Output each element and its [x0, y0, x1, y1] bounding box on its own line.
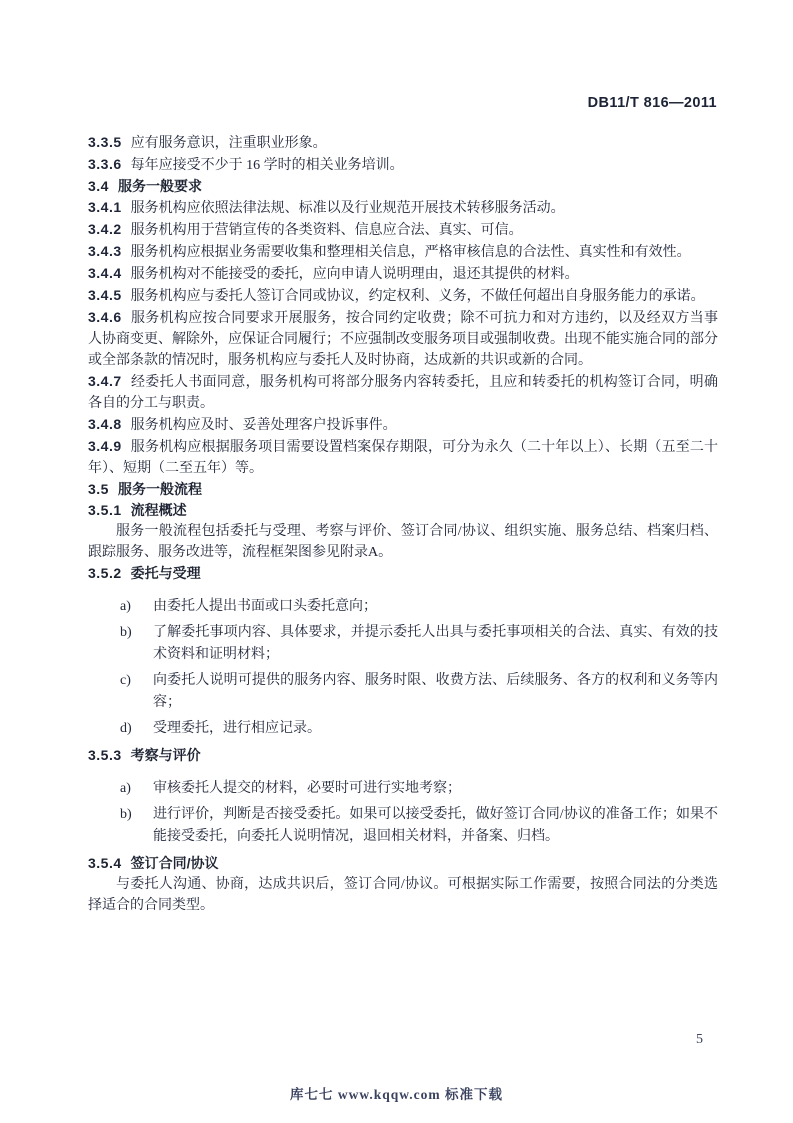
list-item-label: b): [120, 622, 153, 666]
clause-text: 应有服务意识，注重职业形象。: [131, 136, 327, 151]
list-item-c: c)向委托人说明可提供的服务内容、服务时限、收费方法、后续服务、各方的权利和义务…: [120, 670, 718, 714]
list-item-a: a)审核委托人提交的材料，必要时可进行实地考察；: [120, 778, 718, 800]
heading-text: 服务一般要求: [118, 178, 202, 194]
list-item-label: a): [120, 778, 153, 800]
clause-number: 3.3.5: [88, 134, 122, 150]
clause-3.4.3: 3.4.3服务机构应根据业务需要收集和整理相关信息，严格审核信息的合法性、真实性…: [88, 241, 718, 263]
clause-number: 3.5: [88, 481, 109, 497]
heading-3.4: 3.4服务一般要求: [88, 176, 718, 197]
clause-number: 3.4.4: [88, 265, 122, 281]
heading-text: 流程概述: [131, 502, 187, 518]
clause-text: 服务机构应根据业务需要收集和整理相关信息，严格审核信息的合法性、真实性和有效性。: [131, 245, 691, 260]
clause-3.4.1: 3.4.1服务机构应依照法律法规、标准以及行业规范开展技术转移服务活动。: [88, 197, 718, 219]
heading-3.5.1: 3.5.1流程概述: [88, 500, 718, 521]
heading-text: 服务一般流程: [118, 481, 202, 497]
list-item-text: 了解委托事项内容、具体要求，并提示委托人出具与委托事项相关的合法、真实、有效的技…: [153, 622, 718, 666]
clause-number: 3.5.4: [88, 855, 122, 871]
clause-3.4.7: 3.4.7经委托人书面同意，服务机构可将部分服务内容转委托，且应和转委托的机构签…: [88, 371, 718, 414]
list-item-a: a)由委托人提出书面或口头委托意向；: [120, 596, 718, 618]
clause-text: 服务机构应与委托人签订合同或协议，约定权利、义务，不做任何超出自身服务能力的承诺…: [131, 289, 705, 304]
list-item-b: b)了解委托事项内容、具体要求，并提示委托人出具与委托事项相关的合法、真实、有效…: [120, 622, 718, 666]
clause-text: 每年应接受不少于 16 学时的相关业务培训。: [131, 158, 404, 173]
clause-3.4.8: 3.4.8服务机构应及时、妥善处理客户投诉事件。: [88, 414, 718, 436]
clause-number: 3.4.7: [88, 373, 122, 389]
list-item-text: 由委托人提出书面或口头委托意向；: [153, 596, 718, 618]
list-item-d: d)受理委托，进行相应记录。: [120, 718, 718, 740]
clause-number: 3.5.1: [88, 502, 122, 518]
clause-3.4.9: 3.4.9服务机构应根据服务项目需要设置档案保存期限，可分为永久（二十年以上）、…: [88, 436, 718, 479]
clause-number: 3.4.8: [88, 416, 122, 432]
list-item-b: b)进行评价，判断是否接受委托。如果可以接受委托，做好签订合同/协议的准备工作；…: [120, 804, 718, 848]
heading-3.5.3: 3.5.3考察与评价: [88, 745, 718, 766]
clause-number: 3.4.1: [88, 199, 122, 215]
clause-number: 3.4.3: [88, 243, 122, 259]
clause-text: 服务机构应根据服务项目需要设置档案保存期限，可分为永久（二十年以上）、长期（五至…: [88, 440, 718, 476]
clause-3.4.5: 3.4.5服务机构应与委托人签订合同或协议，约定权利、义务，不做任何超出自身服务…: [88, 285, 718, 307]
clause-number: 3.4.5: [88, 287, 122, 303]
clause-number: 3.5.3: [88, 747, 122, 763]
clause-3.3.6: 3.3.6每年应接受不少于 16 学时的相关业务培训。: [88, 154, 718, 176]
clause-text: 服务机构应依照法律法规、标准以及行业规范开展技术转移服务活动。: [131, 201, 565, 216]
clause-text: 服务机构对不能接受的委托，应向申请人说明理由，退还其提供的材料。: [131, 267, 579, 282]
list-item-text: 审核委托人提交的材料，必要时可进行实地考察；: [153, 778, 718, 800]
heading-3.5.4: 3.5.4签订合同/协议: [88, 853, 718, 874]
clause-3.3.5: 3.3.5应有服务意识，注重职业形象。: [88, 132, 718, 154]
clause-number: 3.3.6: [88, 156, 122, 172]
document-body: 3.3.5应有服务意识，注重职业形象。3.3.6每年应接受不少于 16 学时的相…: [88, 132, 718, 916]
heading-text: 签订合同/协议: [131, 855, 219, 871]
clause-number: 3.4.2: [88, 221, 122, 237]
clause-3.4.4: 3.4.4服务机构对不能接受的委托，应向申请人说明理由，退还其提供的材料。: [88, 263, 718, 285]
watermark-text: 库七七 www.kqqw.com 标准下载: [0, 1083, 793, 1103]
clause-number: 3.4.6: [88, 309, 122, 325]
clause-text: 服务机构用于营销宣传的各类资料、信息应合法、真实、可信。: [131, 223, 523, 238]
clause-3.4.6: 3.4.6服务机构应按合同要求开展服务，按合同约定收费；除不可抗力和对方违约，以…: [88, 307, 718, 371]
list-item-label: a): [120, 596, 153, 618]
page-number: 5: [696, 1032, 703, 1048]
clause-text: 服务机构应按合同要求开展服务，按合同约定收费；除不可抗力和对方违约，以及经双方当…: [88, 311, 718, 368]
paragraph: 服务一般流程包括委托与受理、考察与评价、签订合同/协议、组织实施、服务总结、档案…: [88, 521, 718, 563]
clause-number: 3.4: [88, 178, 109, 194]
heading-text: 考察与评价: [131, 747, 201, 763]
list-item-text: 进行评价，判断是否接受委托。如果可以接受委托，做好签订合同/协议的准备工作；如果…: [153, 804, 718, 848]
list-item-label: d): [120, 718, 153, 740]
list-item-text: 向委托人说明可提供的服务内容、服务时限、收费方法、后续服务、各方的权利和义务等内…: [153, 670, 718, 714]
clause-number: 3.5.2: [88, 565, 122, 581]
list-item-label: b): [120, 804, 153, 848]
heading-3.5: 3.5服务一般流程: [88, 479, 718, 500]
list-item-label: c): [120, 670, 153, 714]
doc-code-header: DB11/T 816—2011: [588, 95, 717, 111]
clause-3.4.2: 3.4.2服务机构用于营销宣传的各类资料、信息应合法、真实、可信。: [88, 219, 718, 241]
heading-3.5.2: 3.5.2委托与受理: [88, 563, 718, 584]
ordered-list: a)由委托人提出书面或口头委托意向；b)了解委托事项内容、具体要求，并提示委托人…: [88, 596, 718, 740]
ordered-list: a)审核委托人提交的材料，必要时可进行实地考察；b)进行评价，判断是否接受委托。…: [88, 778, 718, 848]
clause-number: 3.4.9: [88, 438, 122, 454]
clause-text: 经委托人书面同意，服务机构可将部分服务内容转委托，且应和转委托的机构签订合同，明…: [88, 375, 718, 411]
paragraph: 与委托人沟通、协商，达成共识后，签订合同/协议。可根据实际工作需要，按照合同法的…: [88, 874, 718, 916]
document-page: DB11/T 816—2011 3.3.5应有服务意识，注重职业形象。3.3.6…: [0, 0, 793, 1123]
list-item-text: 受理委托，进行相应记录。: [153, 718, 718, 740]
heading-text: 委托与受理: [131, 565, 201, 581]
clause-text: 服务机构应及时、妥善处理客户投诉事件。: [131, 418, 397, 433]
